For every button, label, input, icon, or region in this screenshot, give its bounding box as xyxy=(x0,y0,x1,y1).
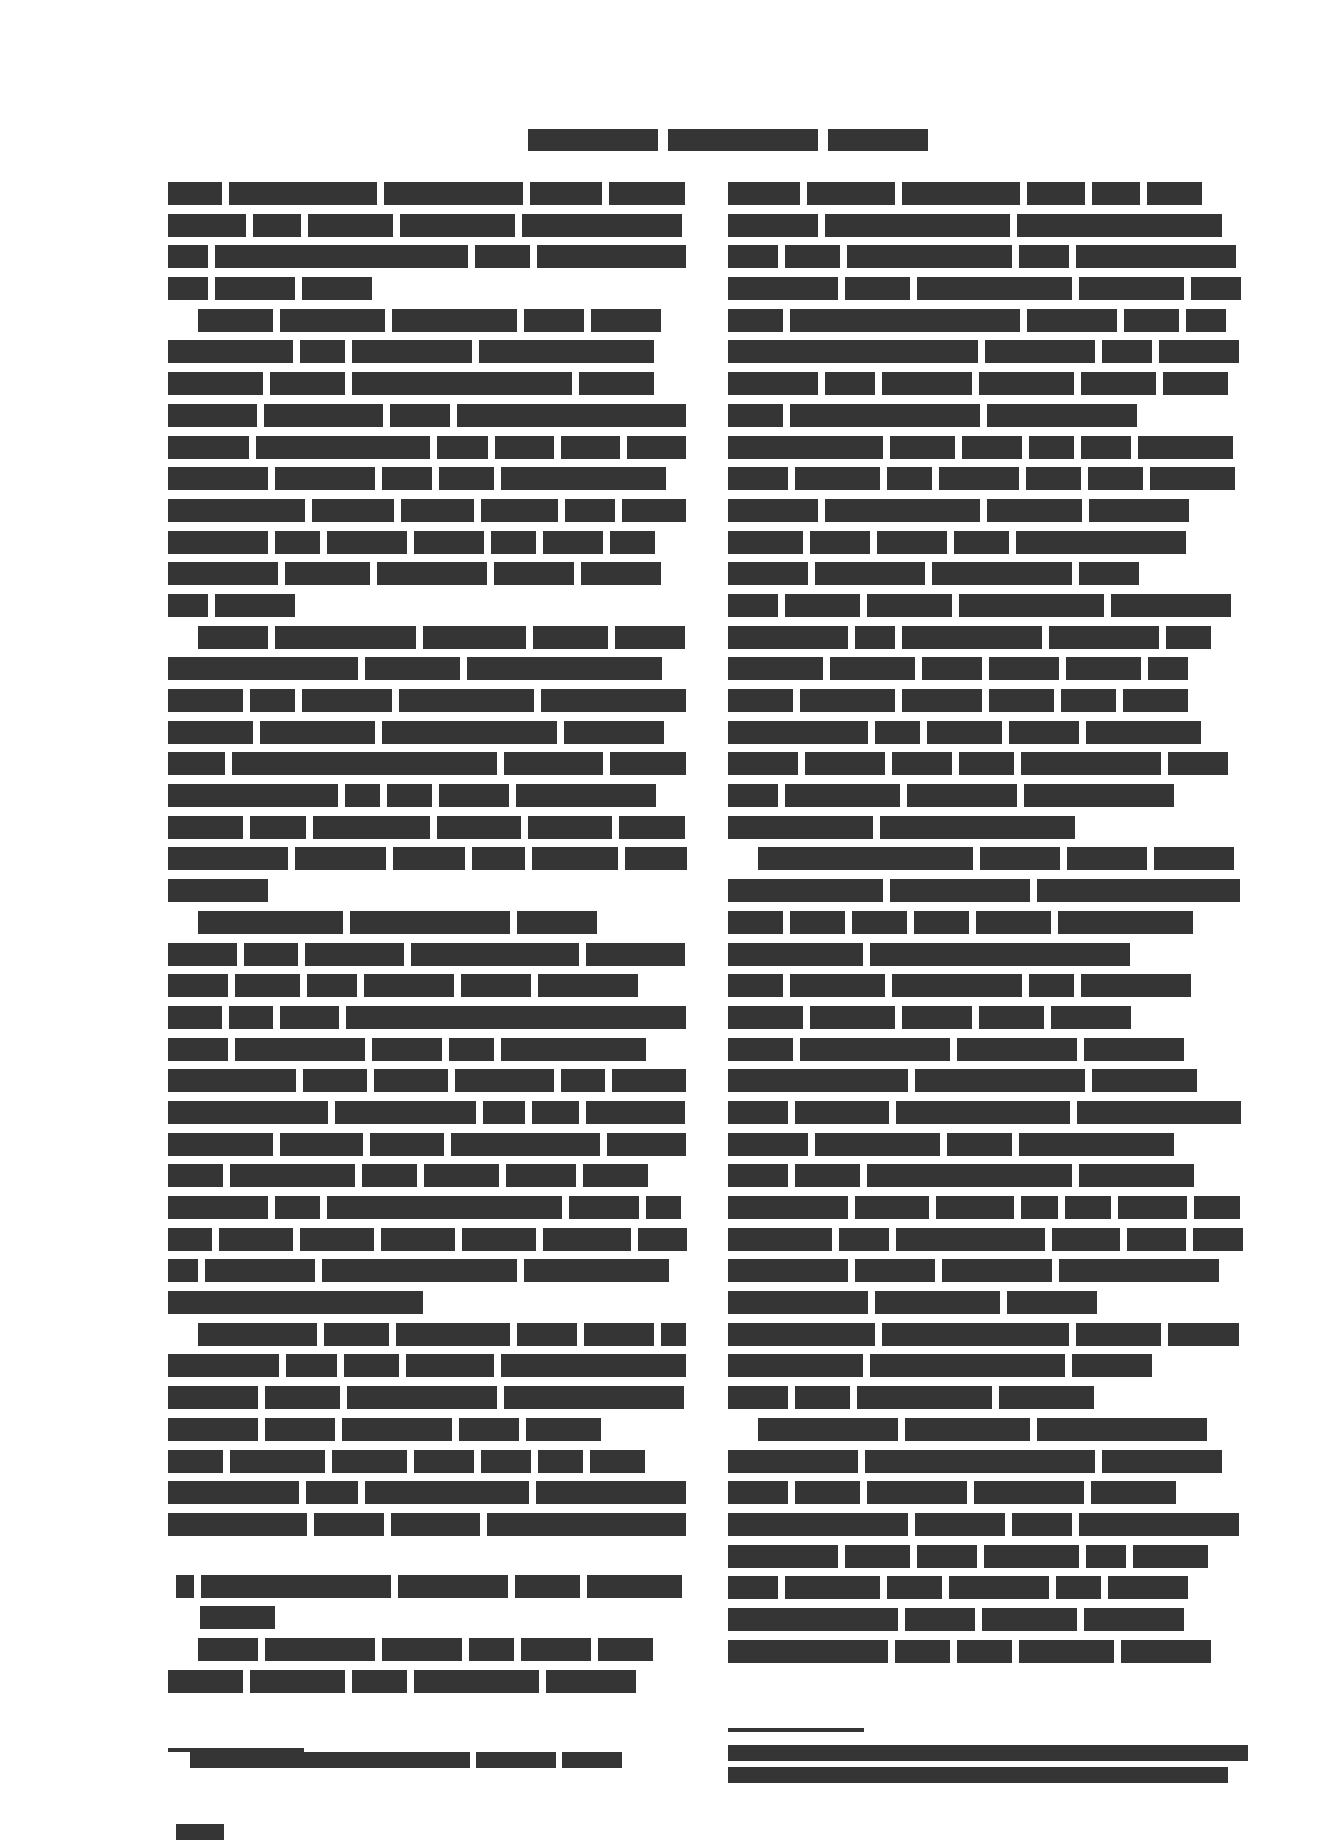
redacted-word xyxy=(264,404,383,427)
redacted-word xyxy=(625,847,687,870)
redacted-word xyxy=(1086,721,1201,744)
redacted-word xyxy=(306,1481,358,1504)
redacted-word xyxy=(168,499,305,522)
redacted-word xyxy=(887,467,932,490)
redacted-word xyxy=(999,1386,1094,1409)
redacted-word xyxy=(728,879,883,902)
redacted-word xyxy=(610,531,655,554)
redacted-word xyxy=(229,1006,273,1029)
redacted-word xyxy=(1037,879,1240,902)
redacted-word xyxy=(1059,1259,1219,1282)
redacted-word xyxy=(728,404,783,427)
redacted-word xyxy=(200,1606,275,1629)
redacted-word xyxy=(219,1228,293,1251)
redacted-word xyxy=(230,1450,325,1473)
redacted-word xyxy=(1061,689,1116,712)
redacted-word xyxy=(882,1323,1069,1346)
redacted-word xyxy=(1147,182,1202,205)
redacted-word xyxy=(612,1069,686,1092)
text-line xyxy=(728,847,1240,870)
redacted-word xyxy=(586,943,685,966)
redacted-word xyxy=(1037,1418,1207,1441)
redacted-word xyxy=(250,1670,345,1693)
redacted-word xyxy=(423,626,526,649)
redacted-word xyxy=(327,531,407,554)
redacted-word xyxy=(168,1418,258,1441)
footnote-line xyxy=(728,1745,1248,1761)
redacted-word xyxy=(1067,847,1147,870)
redacted-word xyxy=(275,467,375,490)
redacted-word xyxy=(168,1228,212,1251)
redacted-word xyxy=(1029,974,1074,997)
redacted-word xyxy=(583,1164,648,1187)
redacted-word xyxy=(530,182,602,205)
redacted-word xyxy=(1108,1576,1188,1599)
redacted-word xyxy=(1076,1323,1161,1346)
text-line xyxy=(168,1323,686,1346)
redacted-word xyxy=(1081,372,1156,395)
text-line xyxy=(728,1450,1240,1473)
redacted-word xyxy=(728,1323,875,1346)
text-line xyxy=(168,626,686,649)
redacted-word xyxy=(168,657,358,680)
redacted-word xyxy=(982,1608,1077,1631)
text-line xyxy=(168,1101,686,1124)
redacted-word xyxy=(587,1575,682,1598)
redacted-word xyxy=(939,467,1019,490)
redacted-word xyxy=(522,214,682,237)
redacted-word xyxy=(800,689,895,712)
redacted-word xyxy=(1052,1228,1120,1251)
text-line xyxy=(728,309,1240,332)
redacted-word xyxy=(532,1101,579,1124)
redacted-word xyxy=(728,752,798,775)
text-line xyxy=(168,436,686,459)
redacted-word xyxy=(437,436,488,459)
text-line xyxy=(168,752,686,775)
redacted-word xyxy=(538,1450,583,1473)
redacted-word xyxy=(1168,1323,1239,1346)
redacted-word xyxy=(619,816,685,839)
redacted-word xyxy=(1019,1133,1174,1156)
text-line xyxy=(728,594,1240,617)
text-line xyxy=(728,1196,1240,1219)
footnote-left xyxy=(190,1752,622,1774)
text-line xyxy=(168,879,686,902)
text-line xyxy=(168,847,686,870)
text-line xyxy=(168,974,686,997)
redacted-word xyxy=(728,1608,898,1631)
text-line xyxy=(168,562,686,585)
redacted-word xyxy=(728,1164,788,1187)
redacted-word xyxy=(728,214,818,237)
redacted-word xyxy=(168,847,288,870)
redacted-word xyxy=(728,1038,793,1061)
redacted-word xyxy=(728,1006,803,1029)
redacted-word xyxy=(877,531,947,554)
redacted-word xyxy=(168,1513,307,1536)
redacted-word xyxy=(728,1259,848,1282)
text-line xyxy=(168,1354,686,1377)
text-line xyxy=(168,1259,686,1282)
text-line xyxy=(728,911,1240,934)
redacted-word xyxy=(902,689,982,712)
redacted-word xyxy=(168,1164,223,1187)
redacted-word xyxy=(728,1745,1248,1761)
redacted-word xyxy=(528,816,612,839)
redacted-word xyxy=(1193,1228,1243,1251)
redacted-word xyxy=(501,1038,646,1061)
text-line xyxy=(728,689,1240,712)
redacted-word xyxy=(914,911,969,934)
redacted-word xyxy=(390,404,450,427)
redacted-word xyxy=(406,1354,494,1377)
text-line xyxy=(728,1038,1240,1061)
right-column xyxy=(728,182,1240,1671)
redacted-word xyxy=(728,531,803,554)
redacted-word xyxy=(1084,1608,1184,1631)
redacted-word xyxy=(543,531,603,554)
text-line xyxy=(728,1069,1240,1092)
redacted-word xyxy=(168,531,268,554)
redacted-word xyxy=(374,1069,448,1092)
redacted-word xyxy=(382,467,432,490)
redacted-word xyxy=(728,721,868,744)
redacted-word xyxy=(728,657,823,680)
redacted-word xyxy=(867,1481,967,1504)
redacted-word xyxy=(414,531,484,554)
redacted-word xyxy=(391,1513,480,1536)
redacted-word xyxy=(491,531,536,554)
redacted-word xyxy=(168,214,246,237)
redacted-word xyxy=(399,689,534,712)
text-line xyxy=(168,1670,686,1693)
redacted-word xyxy=(805,752,885,775)
redacted-word xyxy=(728,816,873,839)
text-line xyxy=(168,245,686,268)
redacted-word xyxy=(790,974,885,997)
redacted-word xyxy=(1007,1291,1097,1314)
redacted-word xyxy=(168,1386,258,1409)
redacted-word xyxy=(504,1386,684,1409)
redacted-word xyxy=(168,1101,328,1124)
redacted-word xyxy=(728,340,978,363)
redacted-word xyxy=(758,1418,898,1441)
redacted-word xyxy=(487,1513,686,1536)
text-line xyxy=(168,689,686,712)
redacted-word xyxy=(1150,467,1235,490)
redacted-word xyxy=(381,1228,455,1251)
text-line xyxy=(728,1418,1240,1441)
redacted-word xyxy=(845,277,910,300)
redacted-word xyxy=(795,1101,889,1124)
redacted-word xyxy=(989,657,1059,680)
text-line xyxy=(168,214,686,237)
redacted-word xyxy=(1027,182,1085,205)
redacted-word xyxy=(483,1101,525,1124)
text-line xyxy=(168,340,686,363)
redacted-word xyxy=(1088,467,1143,490)
redacted-word xyxy=(168,721,253,744)
redacted-word xyxy=(230,1164,355,1187)
redacted-word xyxy=(795,1164,860,1187)
redacted-word xyxy=(905,1418,1030,1441)
redacted-word xyxy=(303,1069,367,1092)
redacted-word xyxy=(411,943,579,966)
redacted-word xyxy=(229,182,377,205)
redacted-word xyxy=(728,1228,832,1251)
redacted-word xyxy=(1019,245,1069,268)
redacted-word xyxy=(347,1386,497,1409)
redacted-word xyxy=(305,943,404,966)
redacted-word xyxy=(190,1752,470,1768)
redacted-word xyxy=(957,1038,1077,1061)
redacted-word xyxy=(728,562,808,585)
redacted-word xyxy=(1102,340,1152,363)
redacted-word xyxy=(244,943,298,966)
redacted-word xyxy=(855,1259,935,1282)
redacted-word xyxy=(270,372,345,395)
redacted-word xyxy=(949,1576,1049,1599)
redacted-word xyxy=(362,1164,417,1187)
redacted-word xyxy=(265,1418,335,1441)
redacted-word xyxy=(758,847,973,870)
text-line xyxy=(168,1069,686,1092)
redacted-word xyxy=(728,1450,858,1473)
redacted-word xyxy=(1148,657,1188,680)
redacted-word xyxy=(989,689,1054,712)
redacted-word xyxy=(728,594,778,617)
redacted-word xyxy=(215,277,295,300)
text-line xyxy=(728,626,1240,649)
redacted-word xyxy=(790,309,1020,332)
redacted-word xyxy=(168,752,225,775)
redacted-word xyxy=(414,1670,539,1693)
text-line xyxy=(728,1576,1240,1599)
redacted-word xyxy=(344,1354,399,1377)
redacted-word xyxy=(495,436,554,459)
redacted-header-text xyxy=(668,129,818,151)
redacted-word xyxy=(235,974,300,997)
redacted-word xyxy=(627,436,686,459)
text-line xyxy=(728,657,1240,680)
text-line xyxy=(168,1006,686,1029)
redacted-word xyxy=(1081,974,1191,997)
redacted-word xyxy=(870,943,1130,966)
redacted-word xyxy=(459,1418,519,1441)
redacted-word xyxy=(728,943,863,966)
redacted-word xyxy=(256,436,430,459)
redacted-word xyxy=(609,182,685,205)
text-line xyxy=(168,372,686,395)
redacted-word xyxy=(1017,214,1222,237)
redacted-word xyxy=(1024,784,1174,807)
redacted-word xyxy=(346,1006,686,1029)
redacted-word xyxy=(785,784,900,807)
text-line xyxy=(728,1101,1240,1124)
redacted-word xyxy=(285,562,370,585)
redacted-word xyxy=(517,1323,577,1346)
redacted-word xyxy=(370,1133,444,1156)
section-heading-continued xyxy=(168,1606,686,1629)
redacted-word xyxy=(265,1386,340,1409)
redacted-word xyxy=(515,1575,580,1598)
redacted-word xyxy=(857,1386,992,1409)
text-line xyxy=(168,1450,686,1473)
redacted-word xyxy=(414,1450,474,1473)
redacted-word xyxy=(302,689,392,712)
redacted-word xyxy=(892,752,952,775)
redacted-word xyxy=(907,784,1017,807)
redacted-word xyxy=(607,1133,686,1156)
redacted-word xyxy=(807,182,895,205)
text-line xyxy=(168,721,686,744)
redacted-word xyxy=(168,784,338,807)
redacted-word xyxy=(1092,1069,1197,1092)
redacted-word xyxy=(168,467,268,490)
redacted-word xyxy=(895,1640,950,1663)
redacted-word xyxy=(324,1323,389,1346)
text-line xyxy=(168,531,686,554)
redacted-word xyxy=(890,436,955,459)
text-line xyxy=(168,816,686,839)
redacted-word xyxy=(902,626,1042,649)
text-line xyxy=(168,499,686,522)
redacted-word xyxy=(896,1101,1070,1124)
text-line xyxy=(168,1228,686,1251)
redacted-word xyxy=(795,1481,860,1504)
text-line xyxy=(168,1386,686,1409)
redacted-word xyxy=(168,1006,222,1029)
redacted-word xyxy=(168,1259,198,1282)
redacted-word xyxy=(168,1196,268,1219)
redacted-word xyxy=(168,1481,299,1504)
redacted-word xyxy=(462,1228,536,1251)
redacted-word xyxy=(350,911,510,934)
redacted-word xyxy=(295,847,386,870)
redacted-word xyxy=(1168,752,1228,775)
redacted-word xyxy=(1058,911,1193,934)
document-page xyxy=(0,0,1329,1842)
redacted-word xyxy=(1026,467,1081,490)
redacted-word xyxy=(890,879,1030,902)
redacted-word xyxy=(198,1323,317,1346)
redacted-word xyxy=(313,816,430,839)
redacted-word xyxy=(168,182,222,205)
redacted-word xyxy=(974,1481,1084,1504)
redacted-word xyxy=(586,1101,685,1124)
footnote-separator-right xyxy=(728,1728,864,1732)
redacted-word xyxy=(308,214,393,237)
text-line xyxy=(728,1228,1240,1251)
text-line xyxy=(728,499,1240,522)
redacted-word xyxy=(1091,1481,1176,1504)
redacted-word xyxy=(985,340,1095,363)
redacted-word xyxy=(1159,340,1239,363)
redacted-word xyxy=(538,974,638,997)
text-line xyxy=(728,943,1240,966)
redacted-word xyxy=(345,784,380,807)
redacted-word xyxy=(867,594,952,617)
text-line xyxy=(168,1164,686,1187)
redacted-word xyxy=(728,467,788,490)
redacted-word xyxy=(875,1291,1000,1314)
text-line xyxy=(728,816,1240,839)
redacted-word xyxy=(728,1354,863,1377)
footnote-right xyxy=(728,1745,1248,1789)
redacted-word xyxy=(364,974,454,997)
redacted-word xyxy=(372,1038,442,1061)
text-line xyxy=(168,943,686,966)
text-line xyxy=(168,594,686,617)
redacted-word xyxy=(839,1228,889,1251)
redacted-word xyxy=(457,404,686,427)
redacted-word xyxy=(728,182,800,205)
redacted-word xyxy=(1021,1196,1058,1219)
text-line xyxy=(728,1354,1240,1377)
redacted-word xyxy=(168,340,293,363)
redacted-word xyxy=(1123,689,1188,712)
redacted-word xyxy=(1021,752,1161,775)
text-line xyxy=(728,1323,1240,1346)
text-line xyxy=(728,721,1240,744)
text-line xyxy=(728,182,1240,205)
redacted-word xyxy=(1133,1545,1208,1568)
redacted-word xyxy=(1186,309,1226,332)
text-line xyxy=(168,1133,686,1156)
redacted-word xyxy=(1079,1513,1239,1536)
text-line xyxy=(728,1006,1240,1029)
text-line xyxy=(728,404,1240,427)
footnote-line xyxy=(728,1767,1248,1783)
redacted-word xyxy=(401,499,474,522)
section-heading xyxy=(168,1575,686,1598)
redacted-word xyxy=(198,309,273,332)
redacted-word xyxy=(469,1638,514,1661)
redacted-word xyxy=(880,816,1075,839)
redacted-word xyxy=(537,245,686,268)
redacted-word xyxy=(335,1101,476,1124)
redacted-word xyxy=(481,499,558,522)
redacted-word xyxy=(168,1670,243,1693)
redacted-word xyxy=(785,1576,880,1599)
redacted-word xyxy=(887,1576,942,1599)
redacted-word xyxy=(790,911,845,934)
redacted-word xyxy=(524,309,584,332)
redacted-word xyxy=(300,1228,374,1251)
redacted-word xyxy=(494,562,574,585)
redacted-word xyxy=(825,499,980,522)
redacted-word xyxy=(275,1196,320,1219)
redacted-word xyxy=(168,1133,273,1156)
redacted-word xyxy=(501,1354,686,1377)
footnote-line xyxy=(190,1752,622,1768)
redacted-word xyxy=(1086,1545,1126,1568)
redacted-word xyxy=(168,436,249,459)
redacted-word xyxy=(728,1069,908,1092)
redacted-word xyxy=(979,372,1074,395)
redacted-word xyxy=(168,1291,423,1314)
redacted-word xyxy=(728,974,783,997)
redacted-word xyxy=(581,562,661,585)
redacted-word xyxy=(905,1608,975,1631)
redacted-word xyxy=(516,784,656,807)
redacted-word xyxy=(543,1228,631,1251)
redacted-word xyxy=(845,1545,910,1568)
redacted-word xyxy=(392,309,517,332)
redacted-word xyxy=(250,689,295,712)
redacted-word xyxy=(506,1164,576,1187)
